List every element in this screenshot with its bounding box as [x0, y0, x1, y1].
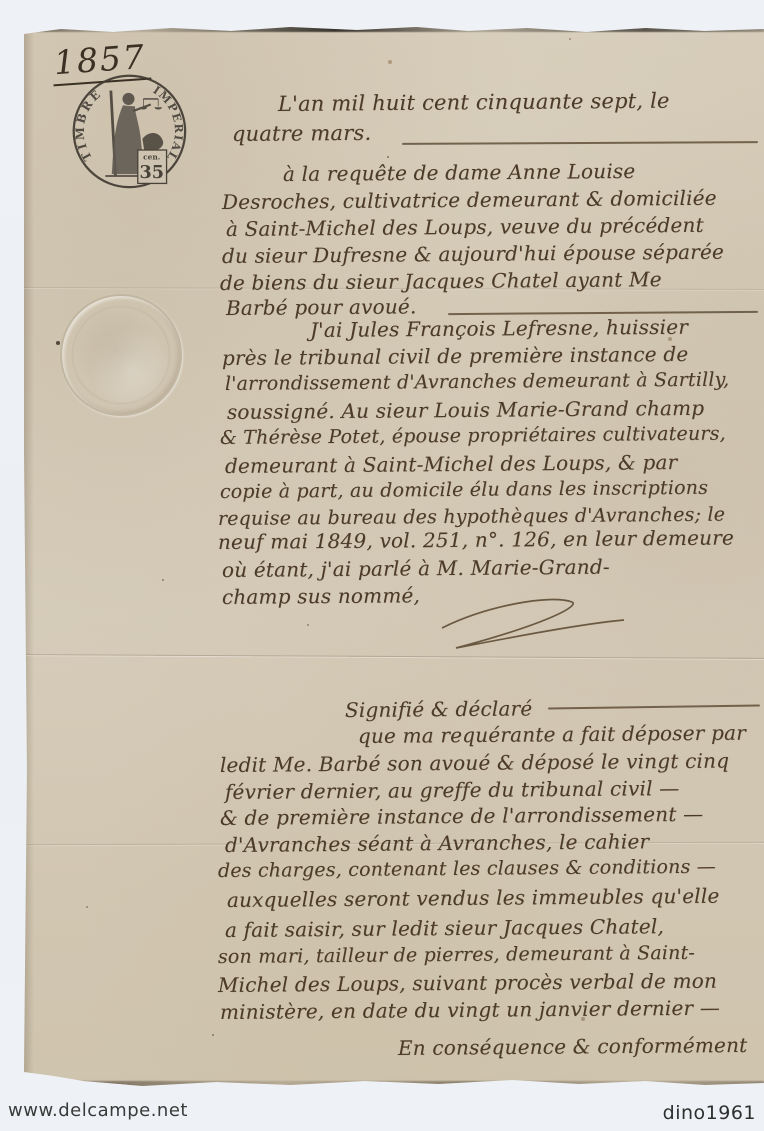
manuscript-line: ledit Me. Barbé son avoué & déposé le vi… [220, 749, 729, 777]
manuscript-line: Signifié & déclaré [345, 696, 533, 722]
fold-crease [24, 654, 764, 660]
manuscript-line: a fait saisir, sur ledit sieur Jacques C… [225, 914, 664, 942]
manuscript-line: à Saint-Michel des Loups, veuve du précé… [226, 213, 704, 241]
manuscript-line: Barbé pour avoué. [226, 294, 417, 320]
manuscript-line: J'ai Jules François Lefresne, huissier [310, 315, 688, 342]
manuscript-line: auxquelles seront vendus les immeubles q… [227, 884, 720, 912]
manuscript-line: à la requête de dame Anne Louise [283, 159, 636, 186]
watermark-seller: dino1961 [663, 1102, 756, 1124]
manuscript-line: En conséquence & conformément [398, 1033, 748, 1060]
manuscript-line: février dernier, au greffe du tribunal c… [225, 776, 680, 804]
manuscript-line: L'an mil huit cent cinquante sept, le [278, 89, 670, 116]
manuscript-line: près le tribunal civil de première insta… [222, 342, 689, 370]
manuscript-line: de biens du sieur Jacques Chatel ayant M… [220, 267, 662, 295]
manuscript-line: demeurant à Saint-Michel des Loups, & pa… [225, 450, 678, 478]
manuscript-line: Michel des Loups, suivant procès verbal … [218, 969, 717, 997]
revenue-stamp: TIMBRE IMPERIAL. cen. 35 [70, 72, 200, 202]
manuscript-line: copie à part, au domicile élu dans les i… [220, 477, 708, 503]
manuscript-line: Desroches, cultivatrice demeurant & domi… [222, 186, 717, 214]
manuscript-line: ministère, en date du vingt un janvier d… [220, 996, 720, 1024]
document-scan: 1857 TIMBRE IMPERIAL. ce [0, 0, 764, 1131]
stamp-denomination: cen. 35 [138, 150, 167, 183]
manuscript-line: des charges, contenant les clauses & con… [218, 856, 716, 882]
eagle-figure [142, 133, 163, 151]
paper-top-edge-shadow [24, 26, 764, 32]
manuscript-line: que ma requérante a fait déposer par [358, 721, 746, 748]
manuscript-line: d'Avranches séant à Avranches, le cahier [225, 829, 650, 857]
manuscript-line: neuf mai 1849, vol. 251, n°. 126, en leu… [218, 525, 734, 554]
stamp-denomination-label: cen. [143, 152, 160, 161]
manuscript-line: l'arrondissement d'Avranches demeurant à… [225, 369, 730, 395]
embossed-seal-inner [72, 306, 170, 404]
manuscript-line: son mari, tailleur de pierres, demeurant… [218, 942, 695, 968]
manuscript-line: soussigné. Au sieur Louis Marie-Grand ch… [227, 396, 705, 424]
watermark-delcampe: www.delcampe.net [8, 1100, 188, 1121]
manuscript-line: où étant, j'ai parlé à M. Marie-Grand- [222, 555, 610, 582]
paper-left-edge-shadow [24, 26, 34, 1088]
pen-flourish [428, 590, 638, 662]
embossed-seal [60, 294, 182, 416]
manuscript-line: & de première instance de l'arrondisseme… [220, 802, 704, 830]
manuscript-line: du sieur Dufresne & aujourd'hui épouse s… [222, 240, 724, 268]
stamp-denomination-value: 35 [139, 162, 164, 183]
manuscript-line: champ sus nommé, [222, 583, 420, 609]
manuscript-line: & Thérèse Potet, épouse propriétaires cu… [220, 423, 726, 449]
foxing-specks [24, 26, 26, 28]
manuscript-line: quatre mars. [232, 121, 372, 146]
paper-bottom-edge-shadow [24, 1081, 764, 1088]
